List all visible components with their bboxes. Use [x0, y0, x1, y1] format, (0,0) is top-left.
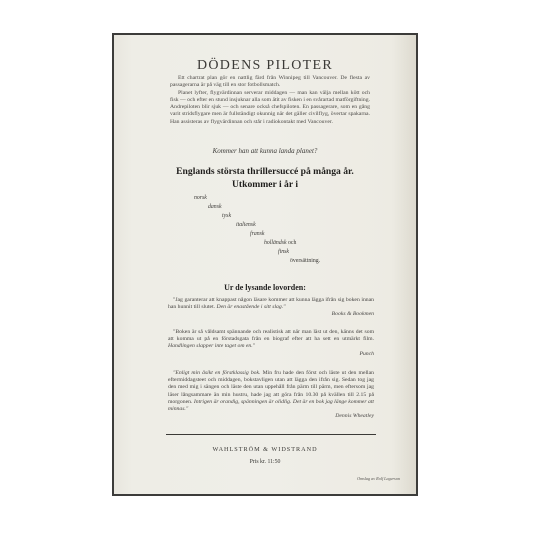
- language-word: norsk: [194, 195, 207, 201]
- price: Pris kr. 11:50: [114, 459, 416, 465]
- headline-line-1: Englands största thrillersuccé på många …: [114, 166, 416, 179]
- language-item: dansk: [208, 204, 222, 210]
- headline-line-2: Utkommer i år i: [114, 179, 416, 192]
- language-suffix: och: [287, 240, 297, 246]
- language-item: översättning.: [290, 258, 320, 264]
- book-title: DÖDENS PILOTER: [114, 58, 416, 74]
- divider-rule: [166, 434, 376, 435]
- language-item: italiensk: [236, 222, 256, 228]
- language-word: finsk: [278, 249, 289, 255]
- praise-heading: Ur de lysande lovorden:: [114, 283, 416, 292]
- review-quote: "Boken är så våldsamt spännande och real…: [168, 329, 374, 358]
- synopsis-paragraph: Ett chartrat plan gör en nattlig färd fr…: [170, 75, 370, 90]
- publisher: WAHLSTRÖM & WIDSTRAND: [114, 446, 416, 453]
- teaser-question: Kommer han att kunna landa planet?: [114, 147, 416, 155]
- language-word: fransk: [250, 231, 265, 237]
- quote-emphasis: "Enligt min åsikt en förstklassig bok.: [173, 370, 260, 376]
- language-item: finsk: [278, 249, 289, 255]
- language-item: holländsk och: [264, 240, 296, 246]
- review-quote: "Jag garanterar att knappast någon läsar…: [168, 297, 374, 319]
- quote-emphasis: Intrigen är orandig, spänningen är olidl…: [168, 399, 374, 412]
- quote-emphasis: Handlingen slapper inte taget om en.": [168, 343, 255, 349]
- synopsis: Ett chartrat plan gör en nattlig färd fr…: [170, 75, 370, 126]
- quote-source: Books & Bookmen: [168, 311, 374, 318]
- cover-credit: Omslag av Rolf Lagerson: [357, 476, 400, 481]
- language-word: tysk: [222, 213, 231, 219]
- language-item: fransk: [250, 231, 265, 237]
- language-word: holländsk: [264, 240, 287, 246]
- language-item: tysk: [222, 213, 231, 219]
- book-back-cover: DÖDENS PILOTER Ett chartrat plan gör en …: [112, 33, 418, 496]
- language-item: norsk: [194, 195, 207, 201]
- language-word: dansk: [208, 204, 222, 210]
- quote-emphasis: Den är enastående i sitt slag.": [217, 304, 286, 310]
- synopsis-paragraph: Planet lyfter, flygvärdinnan serverar mi…: [170, 90, 370, 126]
- language-suffix: översättning.: [290, 258, 320, 264]
- language-word: italiensk: [236, 222, 256, 228]
- review-quote: "Enligt min åsikt en förstklassig bok. M…: [168, 370, 374, 420]
- quote-source: Punch: [168, 351, 374, 358]
- headline: Englands största thrillersuccé på många …: [114, 166, 416, 191]
- quote-text: "Boken är så våldsamt spännande och real…: [168, 329, 374, 342]
- quote-source: Dennis Wheatley: [168, 413, 374, 420]
